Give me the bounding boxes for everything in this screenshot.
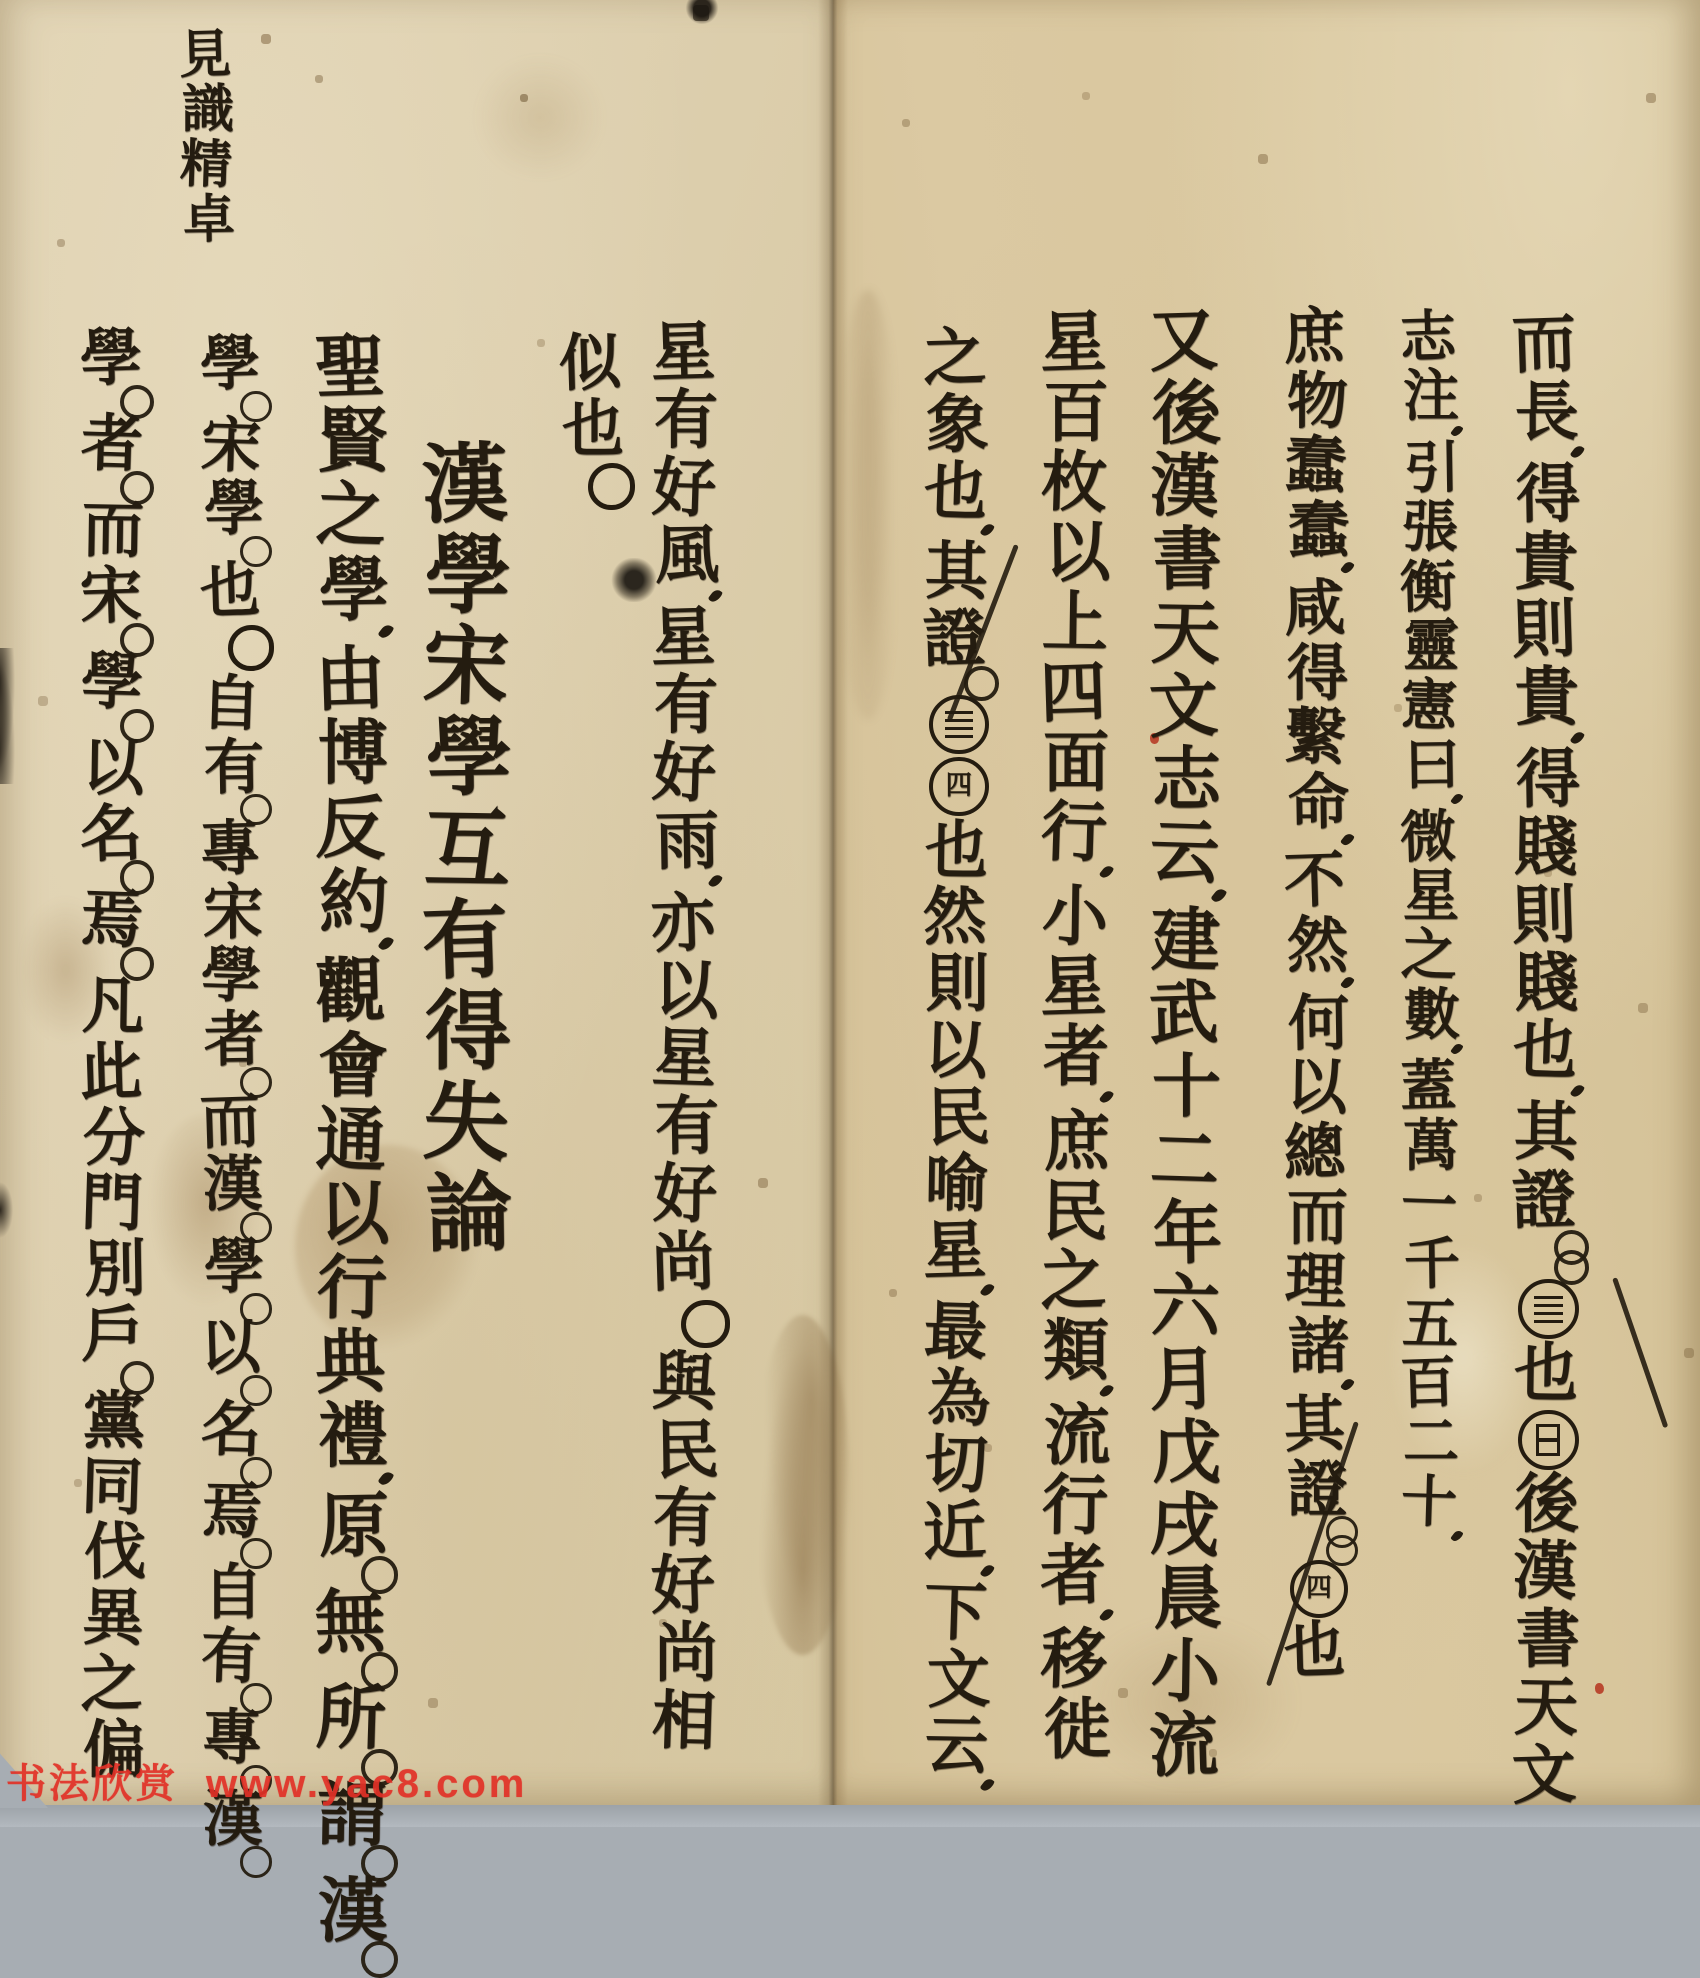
margin-note: 見識精卓 — [181, 28, 233, 248]
watermark: 书法欣赏 www.yac8.com — [6, 1752, 527, 1809]
text-column-right-1: 而長得貴則貴得賤則賤也其證也後漢書天文 — [1513, 312, 1579, 1811]
essay-title-column: 漢學宋學互有得失論 — [424, 440, 510, 1260]
watermark-site-name: 书法欣赏 — [6, 1752, 178, 1809]
text-column-left-1: 星有好風星有好雨亦以星有好尚與民有好尚相 — [653, 320, 717, 1757]
watermark-site-url: www.yac8.com — [206, 1762, 527, 1807]
center-fold — [818, 0, 848, 1805]
manuscript-scan: 而長得貴則貴得賤則賤也其證也後漢書天文 志注引張衡靈憲曰微星之數蓋萬一千五百二十… — [0, 0, 1700, 1827]
text-column-right-4: 又後漢書天文志云建武十二年六月戊戌晨小流 — [1151, 305, 1220, 1783]
paper-freckles — [0, 0, 2, 2]
text-column-left-2: 似也 — [561, 330, 623, 512]
text-column-right-5: 星百枚以上四面行小星者庶民之類流行者移徙 — [1042, 308, 1108, 1765]
text-column-right-6: 之象也其證四也然則以民喻星最為切近下文云 — [924, 325, 989, 1794]
text-column-left-4: 聖賢之學由博反約觀會通以行典禮原無所謂漢 — [317, 330, 387, 1827]
text-column-right-2: 志注引張衡靈憲曰微星之數蓋萬一千五百二十 — [1402, 308, 1458, 1545]
text-column-left-5: 學宋學也自有專宋學者而漢學以名焉自有專漢 — [202, 333, 262, 1827]
text-column-left-6: 學者而宋學以名焉凡此分門別戶黨同伐異之偏 — [82, 325, 144, 1782]
vermilion-mark — [1595, 1683, 1604, 1694]
